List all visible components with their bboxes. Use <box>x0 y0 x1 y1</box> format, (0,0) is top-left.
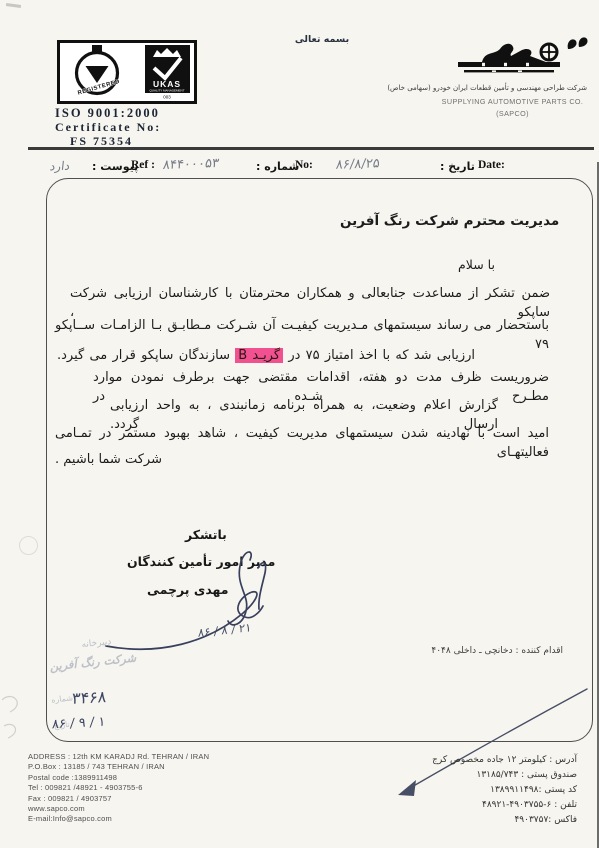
ukas-icon: UKAS QUALITY MANAGEMENT 003 <box>145 45 190 100</box>
body-line-p1l3: ارزیابی شد که با اخذ امتیاز ۷۵ در گریـد … <box>57 346 475 365</box>
company-name-en: SUPPLYING AUTOMOTIVE PARTS CO. <box>435 97 590 106</box>
company-name-fa: شرکت طراحی مهندسی و تأمین قطعات ایران خو… <box>387 84 587 92</box>
footer-en-line: Tel : 009821 /48921 - 4903755-6 <box>28 783 209 793</box>
sapco-quote-marks-icon <box>568 37 588 49</box>
footer-en-line: Fax : 009821 / 4903757 <box>28 794 209 804</box>
footer-en-line: P.O.Box : 13185 / 743 TEHRAN / IRAN <box>28 762 209 772</box>
stamp-line2: شرکت رنگ آفرین <box>49 651 137 674</box>
stamp-number-label: شماره <box>51 693 74 704</box>
footer-address-fa: آدرس : کیلومتر ۱۲ جاده مخصوص کرج صندوق پ… <box>432 753 577 828</box>
stamp-number-handwritten: ۳۴۶۸ <box>72 688 106 708</box>
scan-speck <box>6 3 21 8</box>
signer-title: مدیر امور تأمین کنندگان <box>127 554 275 569</box>
header-divider <box>28 147 594 150</box>
bsi-ukas-logo: REGISTERED UKAS QUALITY MANAGEMENT 003 <box>57 40 197 104</box>
closing-thanks: باتشکر <box>185 527 227 542</box>
no-label-fa: شماره : <box>256 160 299 173</box>
footer-fa-line: صندوق پستی : ۱۳۱۸۵/۷۴۳ <box>432 768 577 783</box>
sapco-wheel-icon <box>541 44 557 60</box>
signer-name: مهدی پرچمی <box>147 582 229 597</box>
recipient-line: مدیریت محترم شرکت رنگ آفرین <box>340 213 559 229</box>
salutation: با سلام <box>458 257 495 272</box>
company-abbr: (SAPCO) <box>435 109 590 118</box>
footer-fa-line: تلفن : ۶-۴۹۰۳۷۵۵-۴۸۹۲۱ <box>432 798 577 813</box>
footer-en-line: E-mail:Info@sapco.com <box>28 814 209 824</box>
svg-text:UKAS: UKAS <box>153 79 181 89</box>
stamp-line1: دبیرخانه <box>81 637 112 650</box>
sapco-logo <box>452 36 588 80</box>
footer-en-line: www.sapco.com <box>28 804 209 814</box>
svg-text:003: 003 <box>163 95 171 100</box>
iso-certification-line: ISO 9001:2000 <box>55 106 160 121</box>
svg-text:QUALITY MANAGEMENT: QUALITY MANAGEMENT <box>149 89 184 93</box>
footer-fa-line: آدرس : کیلومتر ۱۲ جاده مخصوص کرج <box>432 753 577 768</box>
bismillah: بسمه تعالی <box>282 34 362 45</box>
action-by-note: اقدام کننده : دخانچی ـ داخلی ۴۰۴۸ <box>431 646 563 656</box>
pencil-scribble <box>2 697 17 738</box>
footer-fa-line: فاکس :۴۹۰۳۷۵۷ <box>432 813 577 828</box>
footer-en-line: ADDRESS : 12th KM KARADJ Rd. TEHRAN / IR… <box>28 752 209 762</box>
certificate-label: Certificate No: <box>55 120 161 135</box>
grade-sentence-post: سازندگان ساپکو قرار می گیرد. <box>57 348 230 363</box>
signature-date-handwritten: ۲۱ / ۸ / ۸۶ <box>197 619 251 641</box>
attachment-value-handwritten: دارد <box>50 157 70 175</box>
footer-address-en: ADDRESS : 12th KM KARADJ Rd. TEHRAN / IR… <box>28 752 209 825</box>
scanned-letter-page: بسمه تعالی REGISTERED UKAS QUALITY MANAG… <box>0 0 599 848</box>
grade-highlight: گریـد B <box>235 348 283 363</box>
date-label-en: Date: <box>478 159 505 171</box>
footer-fa-line: کد پستی :۱۳۸۹۹۱۱۴۹۸ <box>432 783 577 798</box>
stamp-date-handwritten: ۱ / ۹ / ۸۶ <box>52 714 105 732</box>
footer-en-line: Postal code :1389911498 <box>28 773 209 783</box>
hole-punch <box>19 536 38 555</box>
body-line-p3l2: شرکت شما باشیم . <box>55 452 162 467</box>
date-value-handwritten: ۸۶/۸/۲۵ <box>336 155 380 173</box>
attachment-label-fa: پیوست : <box>92 160 138 173</box>
date-label-fa: تاریخ : <box>440 160 475 173</box>
no-value-handwritten: ۸۴۴۰۰۰۵۳ <box>163 155 219 173</box>
grade-sentence-pre: ارزیابی شد که با اخذ امتیاز ۷۵ در <box>288 348 475 363</box>
